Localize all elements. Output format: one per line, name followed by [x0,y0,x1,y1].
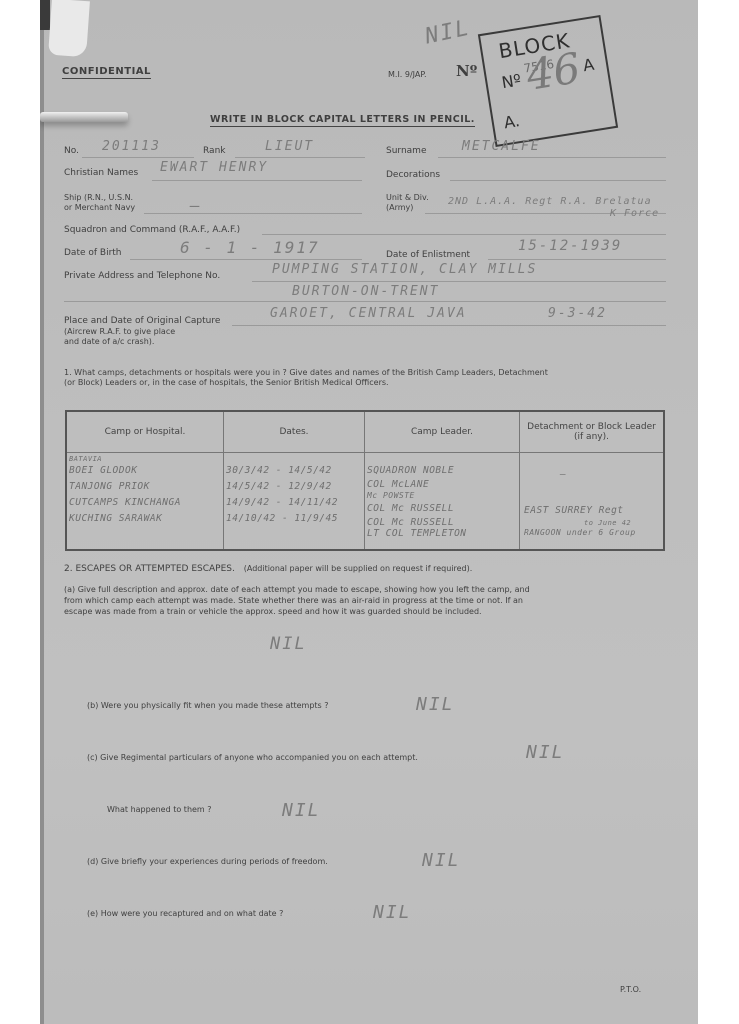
rank-value: LIEUT [265,139,314,154]
col-leader-header: Camp Leader. [365,411,520,453]
squadron-line [262,234,666,235]
date-entry: 14/5/42 - 12/9/42 [226,479,362,495]
unit-value-1: 2ND L.A.A. Regt R.A. Brelatua [448,196,652,207]
surname-value: METCALFE [462,139,541,154]
unit-label-2: (Army) [386,203,413,212]
squadron-label: Squadron and Command (R.A.F., A.A.F.) [64,225,240,235]
question-d: (d) Give briefly your experiences during… [87,857,328,866]
address-label: Private Address and Telephone No. [64,271,220,281]
camps-table: Camp or Hospital. Dates. Camp Leader. De… [65,410,665,551]
form-reference: M.I. 9/JAP. [388,70,427,79]
question-a-line1: (a) Give full description and approx. da… [64,585,530,594]
capture-date: 9-3-42 [548,306,607,321]
leader-entry: SQUADRON NOBLE [367,463,517,479]
christian-names-line [152,180,362,181]
capture-line [232,325,666,326]
question-a-line3: escape was made from a train or vehicle … [64,607,482,616]
enlistment-label: Date of Enlistment [386,250,470,260]
camp-entry: CUTCAMPS KINCHANGA [69,495,221,511]
dob-line [130,259,362,260]
document-page: CONFIDENTIAL M.I. 9/JAP. Nº NIL WRITE IN… [40,0,698,1024]
instruction-heading: WRITE IN BLOCK CAPITAL LETTERS IN PENCIL… [210,114,475,127]
paper-clip [40,112,128,122]
camp-entry: BOEI GLODOK [69,463,221,479]
answer-b: NIL [416,694,455,715]
answer-e: NIL [373,902,412,923]
enlistment-line [488,259,666,260]
leader-entry: COL McLANE [367,479,517,490]
question-e: (e) How were you recaptured and on what … [87,909,283,918]
question-c-followup: What happened to them ? [107,805,212,814]
rank-line [235,157,365,158]
ship-value: — [190,196,202,215]
section1-question-line1: 1. What camps, detachments or hospitals … [64,368,548,377]
surname-line [438,157,666,158]
col-dates-header: Dates. [224,411,365,453]
col-camp-header: Camp or Hospital. [66,411,224,453]
ship-line [144,213,362,214]
question-b: (b) Were you physically fit when you mad… [87,701,329,710]
answer-c: NIL [526,742,565,763]
surname-label: Surname [386,146,426,156]
block-leader-entry: RANGOON under 6 Group [524,527,661,539]
leader-entry: COL Mc RUSSELL [367,517,517,528]
dob-label: Date of Birth [64,248,122,258]
decorations-line [450,180,666,181]
unit-label-1: Unit & Div. [386,193,429,202]
block-leader-entry: EAST SURREY Regt [524,503,661,519]
block-leader-entry: to June 42 [524,519,661,527]
annotation-nil-top: NIL [423,16,473,50]
date-entry: 14/10/42 - 11/9/45 [226,511,362,527]
address-value-2: BURTON-ON-TRENT [292,284,439,299]
stamp-handwritten-number: 46 [523,43,583,100]
capture-label-2: (Aircrew R.A.F. to give place [64,327,175,336]
binding-edge [40,0,50,30]
camp-entry: KUCHING SARAWAK [69,511,221,527]
stamp-no-label: Nº [500,70,522,92]
ship-label-1: Ship (R.N., U.S.N. [64,193,133,202]
answer-c-followup: NIL [282,800,321,821]
christian-names-value: EWART HENRY [160,160,268,175]
decorations-label: Decorations [386,170,440,180]
section2-heading: 2. ESCAPES OR ATTEMPTED ESCAPES. (Additi… [64,564,472,574]
number-label: Nº [456,62,477,80]
table-row: BATAVIA BOEI GLODOK TANJONG PRIOK CUTCAM… [66,453,664,551]
capture-label-3: and date of a/c crash). [64,337,154,346]
block-leader-entry: — [560,467,661,483]
camp-entry: TANJONG PRIOK [69,479,221,495]
question-c: (c) Give Regimental particulars of anyon… [87,753,418,762]
camp-entry: BATAVIA [69,455,221,463]
rank-label: Rank [203,146,226,156]
date-entry: 14/9/42 - 14/11/42 [226,495,362,511]
no-value: 201113 [102,139,161,154]
no-line [82,157,194,158]
treasury-tag [48,0,90,57]
answer-d: NIL [422,850,461,871]
address-value-1: PUMPING STATION, CLAY MILLS [272,262,537,277]
date-entry: 30/3/42 - 14/5/42 [226,463,362,479]
camp-cell: BATAVIA BOEI GLODOK TANJONG PRIOK CUTCAM… [66,453,224,551]
unit-value-2: K Force [610,208,659,219]
dates-cell: 30/3/42 - 14/5/42 14/5/42 - 12/9/42 14/9… [224,453,365,551]
section2-note: (Additional paper will be supplied on re… [244,564,473,573]
dob-value: 6 - 1 - 1917 [180,238,320,257]
section2-title: 2. ESCAPES OR ATTEMPTED ESCAPES. [64,564,235,574]
question-a-line2: from which camp each attempt was made. S… [64,596,523,605]
col-block-leader-header: Detachment or Block Leader (if any). [520,411,665,453]
leader-entry: COL Mc RUSSELL [367,501,517,517]
leader-cell: SQUADRON NOBLE COL McLANE Mc POWSTE COL … [365,453,520,551]
christian-names-label: Christian Names [64,168,138,178]
enlistment-value: 15-12-1939 [518,238,622,254]
answer-a: NIL [270,634,307,654]
block-stamp: BLOCK 7516 Nº A 46 A. [478,15,618,147]
pto-label: P.T.O. [620,985,641,994]
address-line-1 [252,281,666,282]
leader-entry: Mc POWSTE [367,490,517,501]
stamp-letter: A [582,55,596,75]
capture-label-1: Place and Date of Original Capture [64,316,220,326]
ship-label-2: or Merchant Navy [64,203,135,212]
block-leader-cell: — EAST SURREY Regt to June 42 RANGOON un… [520,453,665,551]
section1-question-line2: (or Block) Leaders or, in the case of ho… [64,378,389,387]
stamp-letter-bottom: A. [503,111,522,132]
confidential-label: CONFIDENTIAL [62,66,151,79]
capture-place: GAROET, CENTRAL JAVA [270,306,467,321]
leader-entry: LT COL TEMPLETON [367,528,517,539]
no-label: No. [64,146,79,156]
address-line-2 [64,301,666,302]
